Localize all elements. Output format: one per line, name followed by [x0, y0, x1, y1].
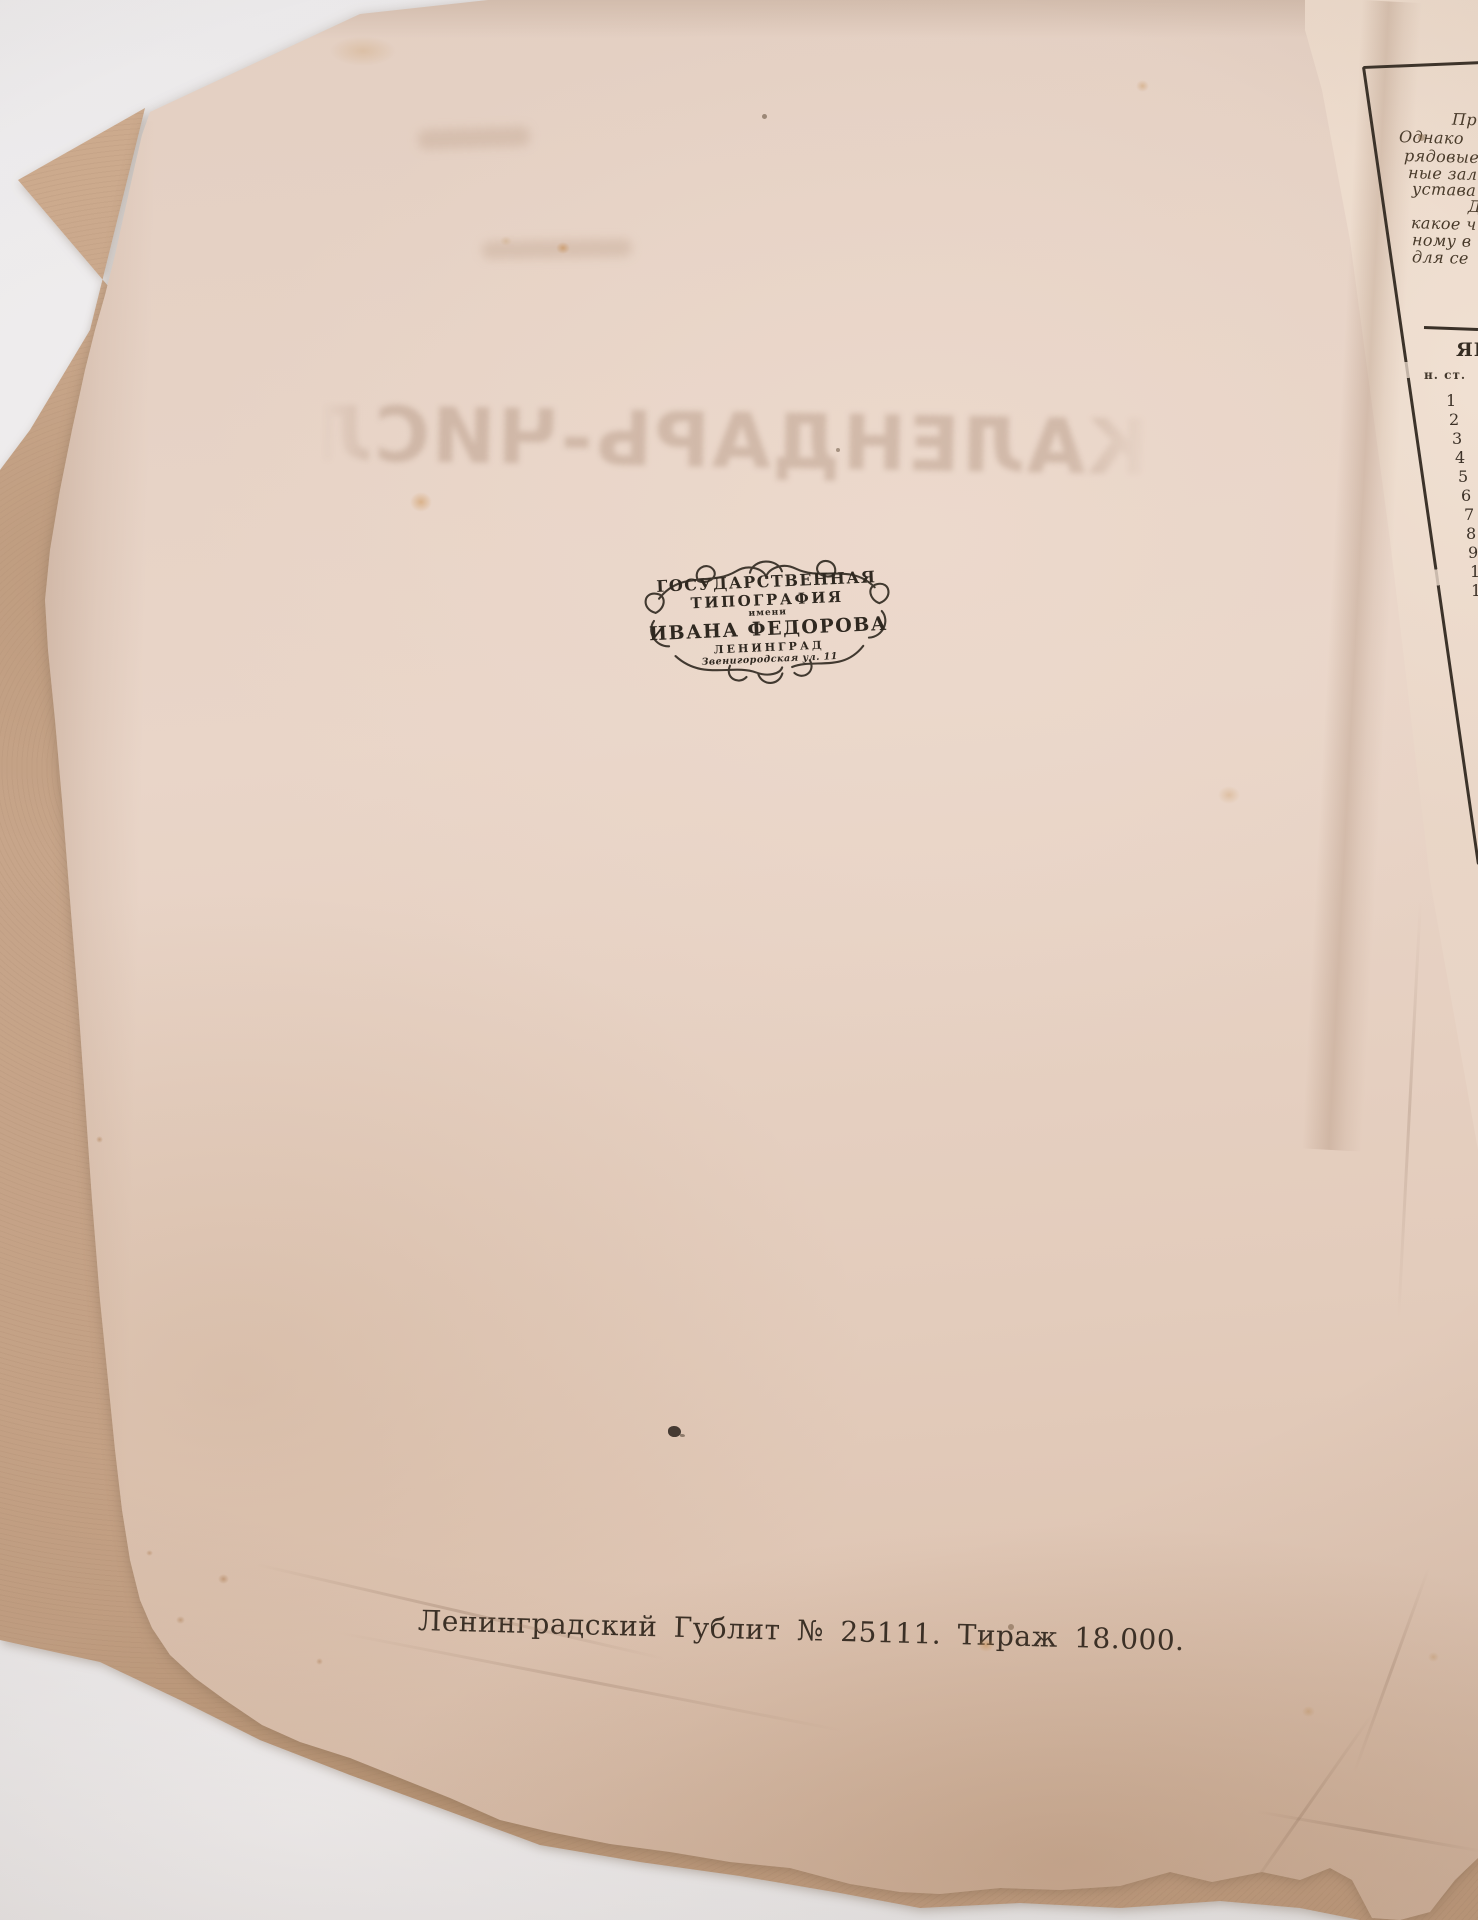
stain: [64, 1072, 73, 1080]
calendar-day: 8: [1466, 524, 1476, 543]
show-through-title: КАЛЕНДАРЬ-ЧИСЛЕННИК: [319, 389, 1151, 515]
calendar-day: 6: [1461, 486, 1471, 505]
show-through-smudge: [418, 126, 531, 150]
stain: [1136, 80, 1149, 92]
stain: [1418, 134, 1425, 141]
calendar-day: 1: [1470, 562, 1478, 581]
calendar-day: 1: [1471, 581, 1478, 600]
calendar-month-heading: ЯН: [1456, 339, 1478, 361]
adjacent-text-fragment: Однако: [1399, 127, 1464, 148]
calendar-day: 5: [1458, 467, 1468, 486]
paper-crease: [1397, 900, 1422, 1320]
stain: [410, 492, 432, 512]
main-page-wrap: Пр Однако рядовые ные зал устава Д какое…: [0, 0, 1478, 1920]
stain: [1302, 1706, 1315, 1717]
stain: [1218, 786, 1240, 804]
calendar-day: 4: [1455, 448, 1465, 467]
dark-speck: [668, 1426, 681, 1437]
calendar-day: 1: [1446, 391, 1456, 410]
printer-mark-emblem: ГОСУДАРСТВЕННАЯ ТИПОГРАФИЯ имени ИВАНА Ф…: [637, 542, 899, 695]
adjacent-text-fragment: устава: [1412, 179, 1477, 200]
stain: [556, 242, 570, 254]
calendar-day: 2: [1449, 410, 1459, 429]
stain: [146, 1550, 153, 1556]
stain: [96, 1136, 103, 1143]
calendar-day: 9: [1468, 543, 1478, 562]
paper-crease: [1229, 1712, 1375, 1919]
stain: [1428, 1652, 1439, 1662]
colophon-page: Пр Однако рядовые ные зал устава Д какое…: [0, 0, 1478, 1920]
stain: [176, 1616, 185, 1624]
stain: [330, 36, 396, 66]
stain: [1008, 1624, 1014, 1630]
adjacent-text-fragment: Пр: [1452, 110, 1478, 130]
stain: [500, 236, 512, 246]
stain: [978, 1638, 994, 1652]
stain: [218, 1574, 229, 1584]
calendar-day: 3: [1452, 429, 1462, 448]
calendar-style-label: н. ст.: [1424, 368, 1466, 382]
adjacent-text-fragment: для се: [1412, 247, 1469, 268]
photo-of-colophon-page: { "colors": { "backdrop": "#e9e7e8", "pa…: [0, 0, 1478, 1920]
adjacent-text-fragment: Д: [1468, 197, 1478, 216]
page-left-edge-shading: [14, 119, 155, 1621]
page-top-edge: [138, 0, 505, 12]
calendar-day: 7: [1464, 505, 1474, 524]
stain: [762, 114, 767, 119]
stain: [316, 1658, 323, 1665]
stain: [836, 448, 840, 452]
paper-crease: [1352, 1566, 1430, 1774]
